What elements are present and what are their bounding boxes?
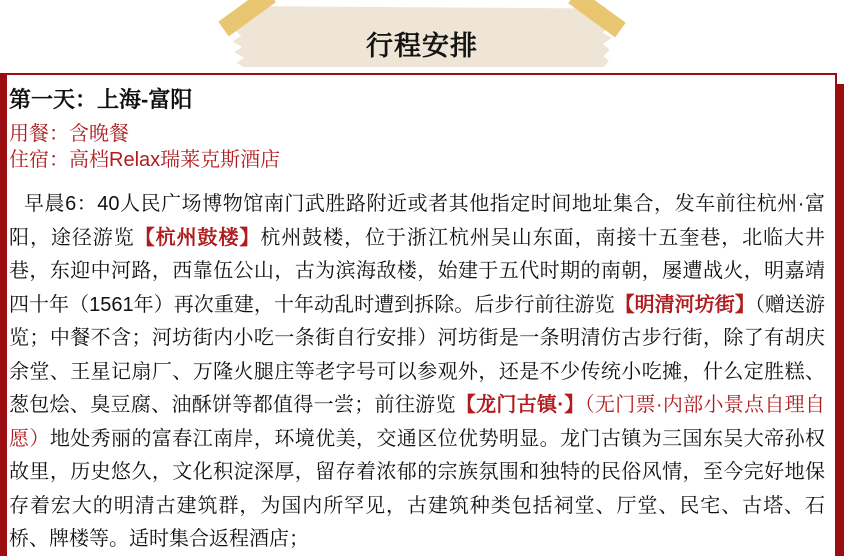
hotel-line: 住宿：高档Relax瑞莱克斯酒店 bbox=[9, 147, 825, 173]
banner-paper: 行程安排 bbox=[232, 6, 612, 67]
left-accent-bar bbox=[0, 73, 7, 556]
itinerary-paragraph: 早晨6：40人民广场博物馆南门武胜路附近或者其他指定时间地址集合，发车前往杭州·… bbox=[9, 188, 825, 556]
itinerary-banner: 行程安排 bbox=[0, 0, 844, 68]
banner-title: 行程安排 bbox=[232, 24, 612, 63]
paragraph-segment-highlight: 【明清河坊街】 bbox=[615, 294, 755, 316]
day-title: 第一天：上海-富阳 bbox=[9, 87, 825, 113]
paragraph-segment-highlight: 【杭州鼓楼】 bbox=[135, 227, 261, 249]
page: 行程安排 第一天：上海-富阳 用餐：含晚餐 住宿：高档Relax瑞莱克斯酒店 早… bbox=[0, 0, 844, 556]
meals-line: 用餐：含晚餐 bbox=[9, 121, 825, 147]
itinerary-card: 第一天：上海-富阳 用餐：含晚餐 住宿：高档Relax瑞莱克斯酒店 早晨6：40… bbox=[0, 73, 837, 556]
paragraph-segment-highlight: 【龙门古镇·】 bbox=[456, 394, 585, 416]
paragraph-segment-normal: 地处秀丽的富春江南岸，环境优美，交通区位优势明显。龙门古镇为三国东吴大帝孙权故里… bbox=[9, 428, 825, 551]
right-accent-bar bbox=[837, 84, 844, 556]
